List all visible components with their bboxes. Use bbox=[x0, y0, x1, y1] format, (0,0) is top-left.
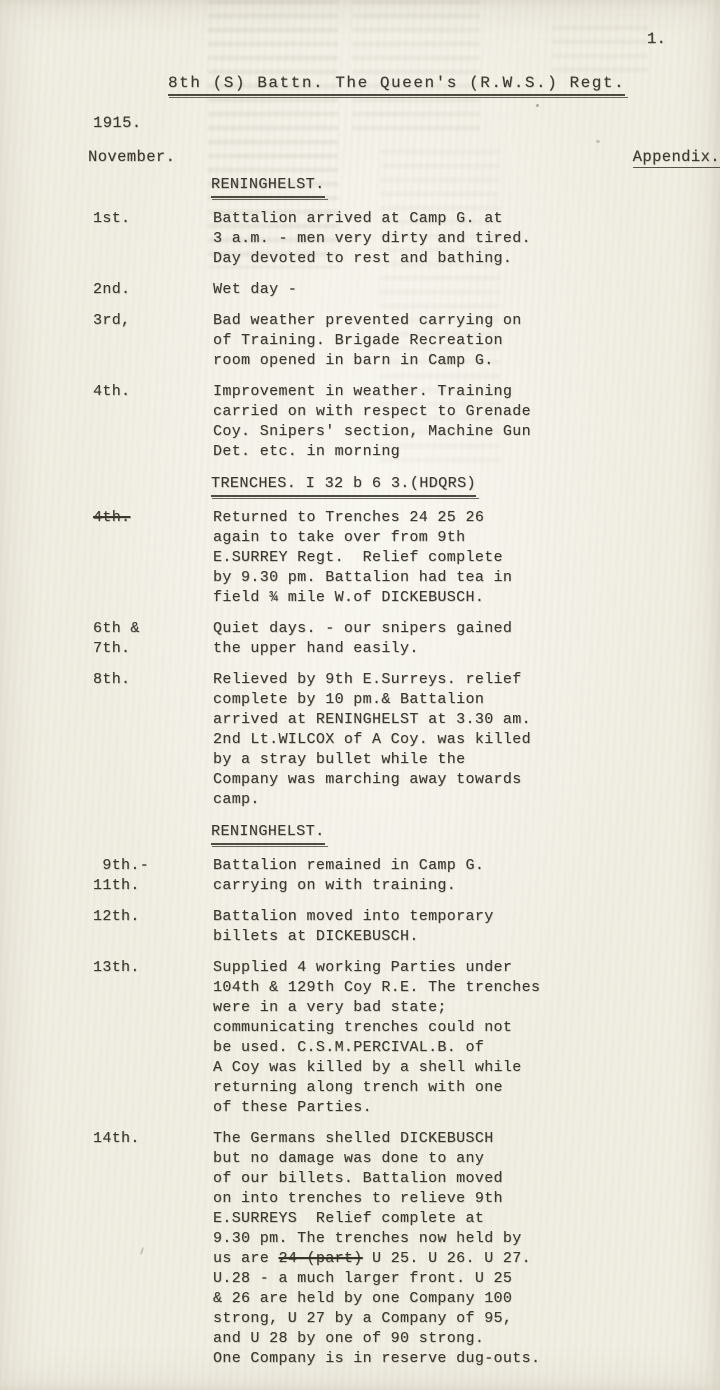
diary-entry: 14th.The Germans shelled DICKEBUSCHbut n… bbox=[0, 1129, 720, 1369]
entry-text-line: but no damage was done to any bbox=[213, 1149, 540, 1169]
entry-text: Returned to Trenches 24 25 26again to ta… bbox=[213, 508, 512, 608]
entry-date: 2nd. bbox=[0, 280, 213, 300]
entry-text-line: the upper hand easily. bbox=[213, 639, 512, 659]
diary-entry: 12th.Battalion moved into temporarybille… bbox=[0, 907, 720, 947]
page-title: 8th (S) Battn. The Queen's (R.W.S.) Regt… bbox=[168, 74, 625, 96]
entry-text: Supplied 4 working Parties under104th & … bbox=[213, 958, 540, 1118]
entry-text-line: The Germans shelled DICKEBUSCH bbox=[213, 1129, 540, 1149]
diary-entry: 2nd.Wet day - bbox=[0, 280, 720, 300]
entry-text-line: Battalion arrived at Camp G. at bbox=[213, 209, 531, 229]
month-label: November. bbox=[88, 148, 175, 166]
entry-text-line: carrying on with training. bbox=[213, 876, 484, 896]
entry-text-line: by 9.30 pm. Battalion had tea in bbox=[213, 568, 512, 588]
entry-text: Relieved by 9th E.Surreys. reliefcomplet… bbox=[213, 670, 531, 810]
entry-text-line: 3 a.m. - men very dirty and tired. bbox=[213, 229, 531, 249]
entry-text-line: carried on with respect to Grenade bbox=[213, 402, 531, 422]
entry-text-line: of our billets. Battalion moved bbox=[213, 1169, 540, 1189]
diary-entry: 3rd,Bad weather prevented carrying onof … bbox=[0, 311, 720, 371]
entry-text: Quiet days. - our snipers gainedthe uppe… bbox=[213, 619, 512, 659]
entry-text-line: again to take over from 9th bbox=[213, 528, 512, 548]
entry-text: The Germans shelled DICKEBUSCHbut no dam… bbox=[213, 1129, 540, 1369]
section-heading: RENINGHELST. bbox=[0, 174, 720, 198]
entry-text: Battalion arrived at Camp G. at3 a.m. - … bbox=[213, 209, 531, 269]
entry-text: Wet day - bbox=[213, 280, 297, 300]
diary-entry: 8th.Relieved by 9th E.Surreys. reliefcom… bbox=[0, 670, 720, 810]
year-label: 1915. bbox=[93, 114, 720, 132]
diary-entry: 9th.- 11th.Battalion remained in Camp G.… bbox=[0, 856, 720, 896]
entry-text-line: Battalion remained in Camp G. bbox=[213, 856, 484, 876]
entry-text-line: of these Parties. bbox=[213, 1098, 540, 1118]
appendix-label: Appendix. bbox=[633, 148, 720, 168]
title-row: 8th (S) Battn. The Queen's (R.W.S.) Regt… bbox=[168, 74, 720, 96]
entry-text-line: 9.30 pm. The trenches now held by bbox=[213, 1229, 540, 1249]
section-heading: TRENCHES. I 32 b 6 3.(HDQRS) bbox=[0, 473, 720, 497]
entry-text-line: Coy. Snipers' section, Machine Gun bbox=[213, 422, 531, 442]
section-heading-label: RENINGHELST. bbox=[211, 174, 325, 198]
diary-entries: RENINGHELST.1st.Battalion arrived at Cam… bbox=[0, 174, 720, 1369]
entry-text-line: U.28 - a much larger front. U 25 bbox=[213, 1269, 540, 1289]
page-number: 1. bbox=[0, 0, 720, 48]
entry-text-line: and U 28 by one of 90 strong. bbox=[213, 1329, 540, 1349]
section-heading-label: RENINGHELST. bbox=[211, 821, 325, 845]
entry-text-line: room opened in barn in Camp G. bbox=[213, 351, 522, 371]
entry-text-line: Relieved by 9th E.Surreys. relief bbox=[213, 670, 531, 690]
diary-entry: 13th.Supplied 4 working Parties under104… bbox=[0, 958, 720, 1118]
entry-date: 9th.- 11th. bbox=[0, 856, 213, 896]
entry-text-line: were in a very bad state; bbox=[213, 998, 540, 1018]
entry-text-line: complete by 10 pm.& Battalion bbox=[213, 690, 531, 710]
entry-date: 4th. bbox=[0, 508, 213, 608]
entry-text: Improvement in weather. Trainingcarried … bbox=[213, 382, 531, 462]
entry-text-line: of Training. Brigade Recreation bbox=[213, 331, 522, 351]
entry-text-line: Day devoted to rest and bathing. bbox=[213, 249, 531, 269]
diary-entry: 4th.Improvement in weather. Trainingcarr… bbox=[0, 382, 720, 462]
entry-text-line: Returned to Trenches 24 25 26 bbox=[213, 508, 512, 528]
entry-date: 8th. bbox=[0, 670, 213, 810]
entry-text-line: Bad weather prevented carrying on bbox=[213, 311, 522, 331]
entry-text-line: Det. etc. in morning bbox=[213, 442, 531, 462]
entry-text-line: returning along trench with one bbox=[213, 1078, 540, 1098]
entry-date: 12th. bbox=[0, 907, 213, 947]
entry-text-line: One Company is in reserve dug-outs. bbox=[213, 1349, 540, 1369]
entry-text-line: A Coy was killed by a shell while bbox=[213, 1058, 540, 1078]
entry-text-line: be used. C.S.M.PERCIVAL.B. of bbox=[213, 1038, 540, 1058]
section-heading-label: TRENCHES. I 32 b 6 3.(HDQRS) bbox=[211, 473, 476, 497]
entry-text-line: on into trenches to relieve 9th bbox=[213, 1189, 540, 1209]
entry-text-line: Battalion moved into temporary bbox=[213, 907, 494, 927]
entry-text: Battalion moved into temporarybillets at… bbox=[213, 907, 494, 947]
month-appendix-row: November. Appendix. bbox=[88, 148, 720, 168]
entry-text-line: E.SURREY Regt. Relief complete bbox=[213, 548, 512, 568]
entry-date: 13th. bbox=[0, 958, 213, 1118]
diary-entry: 4th.Returned to Trenches 24 25 26again t… bbox=[0, 508, 720, 608]
section-heading: RENINGHELST. bbox=[0, 821, 720, 845]
entry-date: 3rd, bbox=[0, 311, 213, 371]
entry-date: 4th. bbox=[0, 382, 213, 462]
entry-text-line: billets at DICKEBUSCH. bbox=[213, 927, 494, 947]
entry-date: 1st. bbox=[0, 209, 213, 269]
entry-text-line: 104th & 129th Coy R.E. The trenches bbox=[213, 978, 540, 998]
entry-text-line: camp. bbox=[213, 790, 531, 810]
diary-entry: 1st.Battalion arrived at Camp G. at3 a.m… bbox=[0, 209, 720, 269]
entry-text-line: Wet day - bbox=[213, 280, 297, 300]
entry-date: 6th & 7th. bbox=[0, 619, 213, 659]
entry-text-line: Improvement in weather. Training bbox=[213, 382, 531, 402]
entry-text-line: Company was marching away towards bbox=[213, 770, 531, 790]
struck-text: 24-(part) bbox=[278, 1250, 362, 1267]
entry-text-line: communicating trenches could not bbox=[213, 1018, 540, 1038]
entry-text-line: by a stray bullet while the bbox=[213, 750, 531, 770]
entry-date: 14th. bbox=[0, 1129, 213, 1369]
entry-text-line: E.SURREYS Relief complete at bbox=[213, 1209, 540, 1229]
entry-text-line: Supplied 4 working Parties under bbox=[213, 958, 540, 978]
entry-text: Battalion remained in Camp G.carrying on… bbox=[213, 856, 484, 896]
entry-text-line: & 26 are held by one Company 100 bbox=[213, 1289, 540, 1309]
entry-text: Bad weather prevented carrying onof Trai… bbox=[213, 311, 522, 371]
entry-text-line: 2nd Lt.WILCOX of A Coy. was killed bbox=[213, 730, 531, 750]
entry-text-line: strong, U 27 by a Company of 95, bbox=[213, 1309, 540, 1329]
entry-text-line: field ¾ mile W.of DICKEBUSCH. bbox=[213, 588, 512, 608]
diary-entry: 6th & 7th.Quiet days. - our snipers gain… bbox=[0, 619, 720, 659]
war-diary-page: 1. 8th (S) Battn. The Queen's (R.W.S.) R… bbox=[0, 0, 720, 1390]
entry-text-line: Quiet days. - our snipers gained bbox=[213, 619, 512, 639]
entry-text-line: us are 24-(part) U 25. U 26. U 27. bbox=[213, 1249, 540, 1269]
entry-text-line: arrived at RENINGHELST at 3.30 am. bbox=[213, 710, 531, 730]
